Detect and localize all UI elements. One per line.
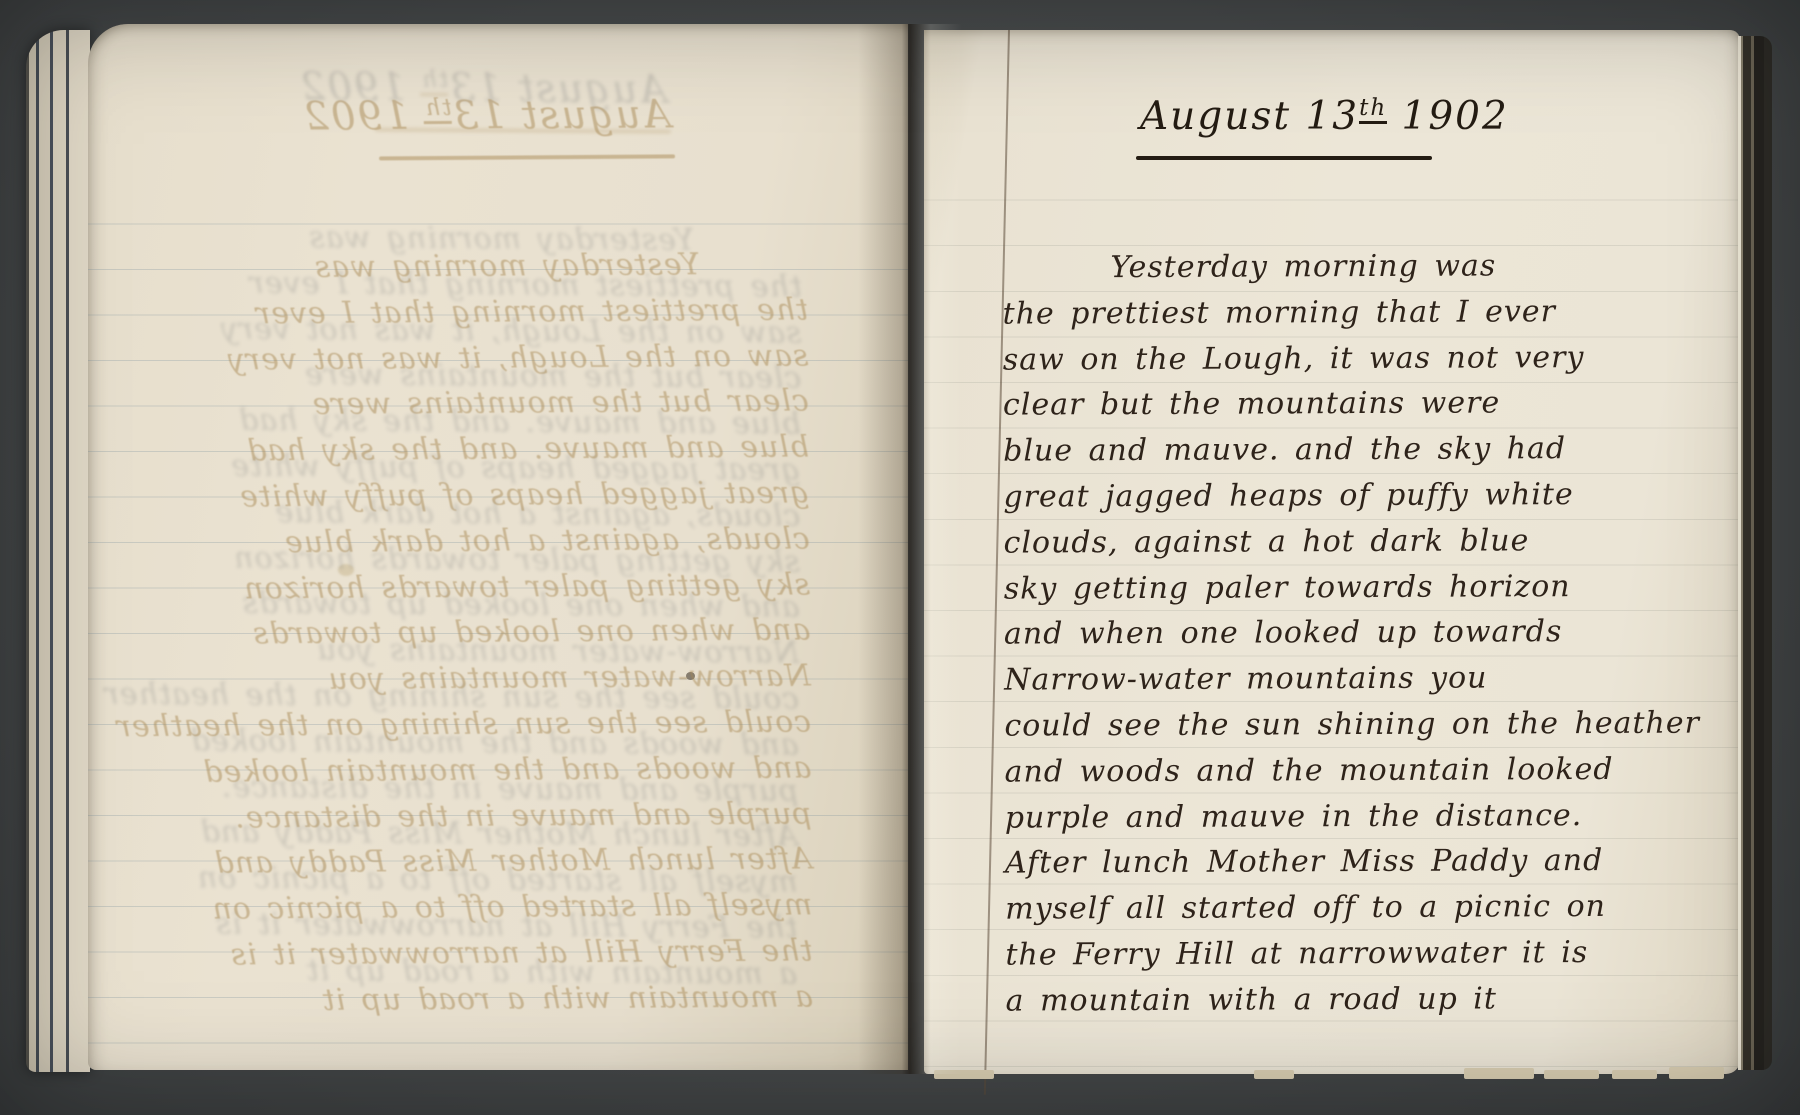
right-page: August 13th 1902 Yesterday morning wasth… [924,30,1740,1074]
ruled-lines-left [88,179,908,1066]
entry-line: After lunch Mother Miss Paddy and [1005,838,1733,887]
age-spot [338,564,354,576]
entry-line: clear but the mountains were [1003,380,1731,429]
page-edge-chip [1254,1070,1294,1079]
entry-line: could see the sun shining on the heather [1004,700,1732,749]
date-year: 1902 [1402,94,1509,139]
entry-line: purple and mauve in the distance. [1005,792,1733,841]
right-page-edge-stack [1738,36,1772,1070]
entry-line: the Ferry Hill at narrowwater it is [1005,929,1733,978]
entry-line: clouds, against a hot dark blue [1004,517,1732,566]
ink-speck [686,672,695,680]
entry-line: Narrow-water mountains you [1004,655,1732,704]
entry-line: and when one looked up towards [1004,609,1732,658]
heading-underline [1136,156,1432,160]
left-page [88,24,908,1070]
date-prefix: August 13 [1140,94,1359,139]
page-edge-chip [1669,1067,1724,1079]
date-ordinal: th [1359,95,1387,124]
entry-line: a mountain with a road up it [1006,975,1734,1024]
entry-line: great jagged heaps of puffy white [1003,471,1731,520]
diary-entry: August 13th 1902 Yesterday morning wasth… [1004,88,1732,1023]
page-edge-chip [934,1070,994,1079]
page-edge-chip [1464,1068,1534,1079]
page-edge-chip [1612,1070,1657,1079]
entry-line: blue and mauve. and the sky had [1003,426,1731,475]
entry-line: and woods and the mountain looked [1005,746,1733,795]
entry-line: sky getting paler towards horizon [1004,563,1732,612]
entry-line: saw on the Lough, it was not very [1003,334,1731,383]
left-page-edge-stack [26,30,90,1072]
entry-line: Yesterday morning was [1002,242,1730,291]
page-edge-chip [1544,1070,1599,1079]
diary-photo: August 13th 1902 Yesterday morning wasth… [0,0,1800,1115]
entry-lines: Yesterday morning wasthe prettiest morni… [1002,242,1733,1024]
date-heading: August 13th 1902 [1140,88,1732,146]
entry-line: myself all started off to a picnic on [1005,884,1733,933]
entry-line: the prettiest morning that I ever [1003,288,1731,337]
